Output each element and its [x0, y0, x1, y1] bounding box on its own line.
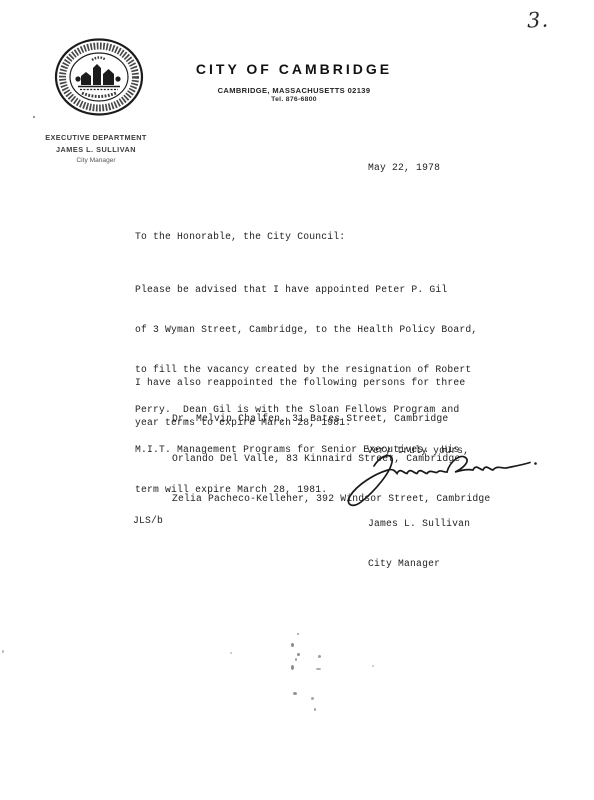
signer-title: City Manager	[368, 557, 470, 570]
scan-speckle	[291, 665, 294, 670]
scan-speckle	[316, 668, 321, 670]
scan-speckle	[311, 697, 314, 700]
scan-speckle	[291, 643, 294, 647]
signer-name: James L. Sullivan	[368, 517, 470, 530]
scan-speckle	[297, 653, 300, 656]
letterhead-address: CAMBRIDGE, MASSACHUSETTS 02139	[184, 86, 404, 95]
official-name: JAMES L. SULLIVAN	[30, 144, 162, 156]
department-name: EXECUTIVE DEPARTMENT	[30, 132, 162, 144]
scan-speckle	[318, 655, 321, 658]
scan-speckle	[2, 650, 4, 653]
paragraph-1-line: Please be advised that I have appointed …	[135, 283, 477, 296]
official-title: City Manager	[30, 155, 162, 166]
reference-initials: JLS/b	[133, 514, 163, 527]
letterhead-phone: Tel. 876-6800	[184, 96, 404, 103]
scan-speckle	[297, 633, 299, 635]
handwritten-page-number: 3.	[526, 7, 549, 32]
scan-speckle	[295, 658, 297, 661]
scan-speckle	[33, 116, 35, 118]
salutation: To the Honorable, the City Council:	[135, 230, 345, 243]
scan-speckle	[293, 692, 297, 695]
signature-block: James L. Sullivan City Manager	[368, 490, 470, 597]
letterhead-department-block: EXECUTIVE DEPARTMENT JAMES L. SULLIVAN C…	[30, 132, 162, 166]
scanned-letter-page: 3. CITY OF CAMBRIDGE CAMBRIDGE, MASSACHU…	[0, 0, 594, 800]
scan-speckle	[230, 652, 232, 654]
scan-speckle	[372, 665, 374, 667]
paragraph-1-line: of 3 Wyman Street, Cambridge, to the Hea…	[135, 323, 477, 336]
appointee-item: Dr. Melvin Chalfen, 31 Bates Street, Cam…	[172, 412, 490, 425]
city-of-cambridge-seal-icon	[54, 38, 144, 118]
scan-speckle	[314, 708, 316, 711]
letter-date: May 22, 1978	[368, 161, 440, 174]
letterhead-title: CITY OF CAMBRIDGE	[184, 61, 404, 77]
